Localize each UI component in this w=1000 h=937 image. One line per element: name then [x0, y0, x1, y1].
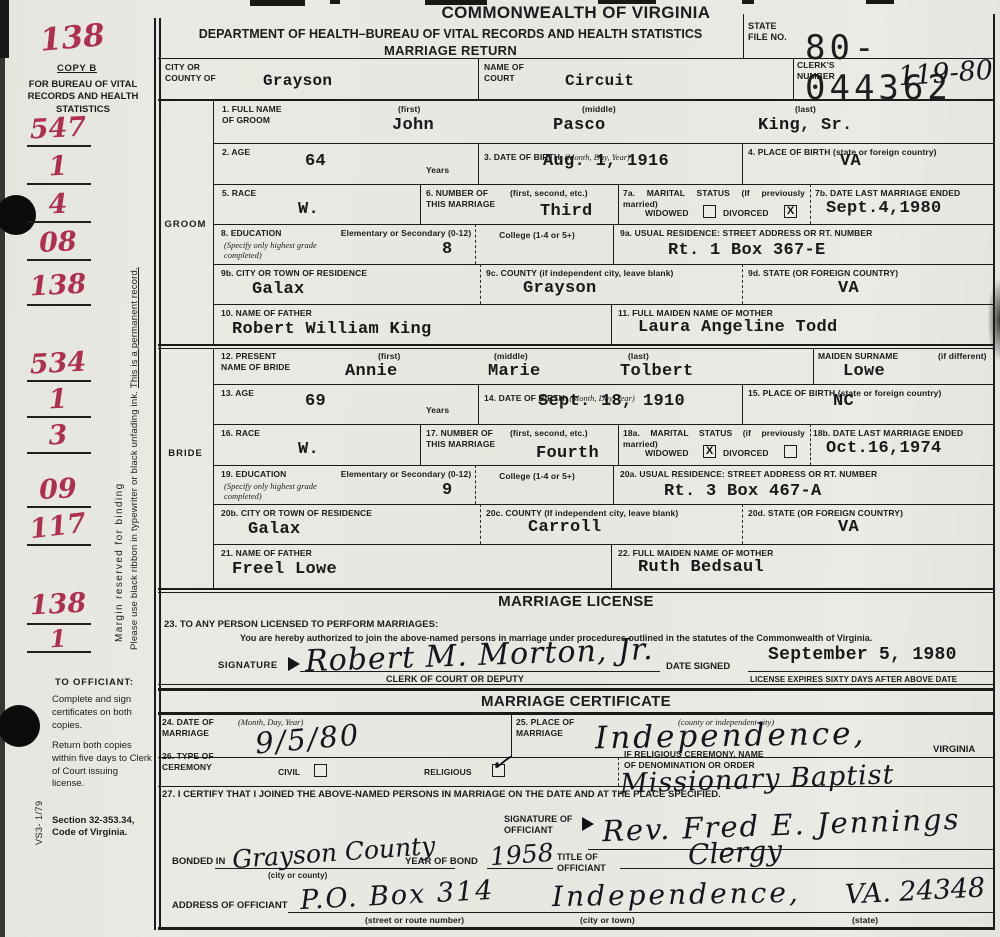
margin-rule — [27, 259, 91, 261]
bride-county-value: Carroll — [528, 518, 602, 537]
officiant-title-line — [620, 868, 994, 869]
first-sublabel: (first) — [378, 351, 400, 362]
section-rule — [158, 712, 994, 715]
bonded-in-label: BONDED IN — [172, 856, 225, 868]
bride-race-label: 16. RACE — [221, 428, 260, 439]
groom-state-label: 9d. STATE (OR FOREIGN COUNTRY) — [748, 268, 898, 279]
marriage-number-sublabel: (first, second, etc.) — [510, 428, 588, 439]
rule-v-dashed — [742, 504, 743, 544]
court-value: Circuit — [565, 72, 634, 90]
last-sublabel: (last) — [628, 351, 649, 362]
bride-section-label: BRIDE — [158, 448, 213, 460]
bride-residence-label: 20a. USUAL RESIDENCE: STREET ADDRESS OR … — [620, 469, 990, 480]
religious-label: RELIGIOUS — [424, 767, 472, 778]
officiant-signature-label-line1: SIGNATURE OF — [504, 814, 573, 825]
margin-rule — [27, 380, 91, 382]
officiant-signature-line — [588, 849, 993, 850]
groom-last-marriage-ended-label: 7b. DATE LAST MARRIAGE ENDED — [815, 188, 993, 199]
ceremony-type-label: 26. TYPE OF CEREMONY — [162, 751, 222, 772]
to-officiant-note-1: Complete and sign certificates on both c… — [52, 694, 149, 732]
groom-last-name: King, Sr. — [758, 116, 853, 135]
groom-state-value: VA — [838, 279, 859, 298]
bride-widowed-label: WIDOWED — [645, 448, 689, 459]
city-county-value: Grayson — [263, 72, 332, 90]
rule-v-dashed — [480, 504, 481, 544]
bride-father-label: 21. NAME OF FATHER — [221, 548, 312, 559]
court-label: NAME OF COURT — [484, 62, 529, 83]
marriage-number-label-text: 17. NUMBER OF THIS MARRIAGE — [426, 428, 508, 449]
margin-clerk-figure: 1 — [23, 382, 93, 417]
rule-v — [420, 184, 421, 224]
marriage-number-label-text: 6. NUMBER OF THIS MARRIAGE — [426, 188, 508, 209]
virginia-label: VIRGINIA — [933, 744, 975, 756]
civil-checkbox — [314, 764, 327, 777]
rule — [214, 504, 994, 505]
binding-margin-note: Margin reserved for binding — [114, 482, 125, 642]
bride-middle-name: Marie — [488, 362, 541, 381]
rule — [214, 465, 994, 466]
signature-arrow-icon — [582, 817, 594, 831]
margin-rule — [27, 304, 91, 306]
bond-year-value: 1958 — [489, 838, 554, 871]
margin-copy-for: FOR BUREAU OF VITAL RECORDS AND HEALTH S… — [16, 79, 150, 116]
margin-copy-number: 138 — [39, 17, 107, 59]
groom-middle-name: Pasco — [553, 116, 606, 135]
groom-age-unit: Years — [426, 165, 449, 176]
margin-clerk-figure: 3 — [23, 418, 93, 453]
rule-v — [213, 99, 214, 345]
rule-v — [813, 348, 814, 384]
officiant-signature-label-line2: OFFICIANT — [504, 825, 553, 836]
bride-name-label: 12. PRESENT NAME OF BRIDE — [221, 351, 303, 372]
elementary-secondary-label: Elementary or Secondary (0-12) — [340, 228, 472, 239]
officiant-address-city: Independence, — [552, 876, 801, 913]
form-border-bottom — [158, 927, 994, 930]
form-type-title: MARRIAGE RETURN — [158, 43, 743, 58]
state-file-label: STATE FILE NO. — [748, 21, 788, 44]
marriage-place-label: 25. PLACE OF MARRIAGE — [516, 717, 578, 738]
city-sublabel: (city or town) — [580, 915, 635, 926]
groom-mother-value: Laura Angeline Todd — [638, 318, 838, 337]
city-county-label: CITY OR COUNTY OF — [165, 62, 227, 83]
bride-dob-value: Sept. 18, 1910 — [538, 392, 685, 411]
groom-name-label: 1. FULL NAME OF GROOM — [222, 104, 292, 125]
officiant-address-state: VA. 24348 — [844, 872, 986, 910]
denomination-label-line1: IF RELIGIOUS CEREMONY, NAME — [624, 749, 764, 760]
scan-edge-artifact — [0, 0, 9, 58]
groom-widowed-label: WIDOWED — [645, 208, 689, 219]
margin-clerk-figure: 1 — [23, 622, 92, 655]
margin-rule — [27, 544, 91, 546]
clerk-number-value: 119-80 — [897, 55, 994, 93]
groom-dob-value: Aug. 1, 1916 — [543, 152, 669, 171]
groom-elementary-value: 8 — [442, 240, 453, 259]
form-code: VS3- 1/79 — [34, 800, 44, 845]
rule — [214, 304, 994, 305]
bride-city-label: 20b. CITY OR TOWN OF RESIDENCE — [221, 508, 372, 519]
rule — [214, 184, 994, 185]
margin-rule — [27, 145, 91, 147]
license-addressee: 23. TO ANY PERSON LICENSED TO PERFORM MA… — [164, 619, 438, 631]
rule-v-dashed — [810, 424, 811, 465]
bride-marriage-number-value: Fourth — [536, 444, 599, 463]
groom-residence-value: Rt. 1 Box 367-E — [668, 241, 826, 260]
margin-rule — [27, 416, 91, 418]
ink-note: Please use black ribbon in typewriter or… — [129, 267, 140, 650]
clerk-number-label: CLERK'S NUMBER — [797, 60, 845, 81]
groom-race-value: W. — [298, 200, 319, 219]
college-label: College (1-4 or 5+) — [493, 471, 581, 482]
license-signature-sublabel: CLERK OF COURT OR DEPUTY — [330, 674, 580, 685]
officiant-title-label: TITLE OF OFFICIANT — [557, 852, 612, 875]
groom-age-label: 2. AGE — [222, 147, 250, 158]
date-signed-line — [748, 671, 994, 672]
rule — [214, 264, 994, 265]
checkbox-mark: X — [787, 205, 794, 217]
rule-v — [613, 224, 614, 264]
margin-rule — [27, 183, 91, 185]
bride-pob-value: NC — [833, 392, 854, 411]
bride-divorced-label: DIVORCED — [723, 448, 769, 459]
section-rule — [158, 344, 994, 346]
form-border-left — [159, 18, 161, 930]
bride-residence-value: Rt. 3 Box 467-A — [664, 482, 822, 501]
religious-check-mark: ✓ — [488, 747, 514, 780]
rule — [214, 143, 994, 144]
certify-statement: 27. I CERTIFY THAT I JOINED THE ABOVE-NA… — [162, 789, 922, 801]
margin-copy-label: COPY B — [57, 63, 97, 75]
scan-edge-artifact — [0, 0, 5, 937]
hole-punch — [0, 705, 40, 747]
section-rule — [158, 588, 994, 590]
rule — [214, 224, 994, 225]
groom-first-name: John — [392, 116, 434, 135]
bride-widowed-checkbox: X — [703, 445, 716, 458]
rule-v — [742, 143, 743, 184]
groom-father-value: Robert William King — [232, 320, 432, 339]
middle-sublabel: (middle) — [494, 351, 528, 362]
bride-first-name: Annie — [345, 362, 398, 381]
margin-clerk-figure: 4 — [23, 187, 93, 222]
margin-clerk-figure: 1 — [23, 149, 93, 184]
groom-county-label: 9c. COUNTY (if independent city, leave b… — [486, 268, 673, 279]
margin-clerk-figure: 138 — [23, 268, 93, 303]
bride-divorced-checkbox — [784, 445, 797, 458]
date-signed-label: DATE SIGNED — [666, 661, 730, 673]
department-title: DEPARTMENT OF HEALTH–BUREAU OF VITAL REC… — [158, 27, 743, 41]
rule-v — [618, 424, 619, 465]
last-sublabel: (last) — [795, 104, 816, 115]
scanned-marriage-return-document: 138 COPY B FOR BUREAU OF VITAL RECORDS A… — [0, 0, 1000, 937]
rule-v — [478, 58, 479, 100]
officiant-title-value: Clergy — [687, 834, 783, 872]
bride-education-label: 19. EDUCATION — [221, 469, 286, 480]
groom-father-label: 10. NAME OF FATHER — [221, 308, 312, 319]
margin-clerk-figure: 547 — [23, 111, 93, 146]
maiden-surname-label: MAIDEN SURNAME — [818, 351, 898, 362]
to-officiant-note-2: Return both copies within five days to C… — [52, 740, 152, 791]
rule-v — [478, 143, 479, 184]
rule-v-dashed — [742, 264, 743, 304]
groom-marriage-number-value: Third — [540, 202, 593, 221]
rule-v-dashed — [475, 465, 476, 504]
bonded-in-sublabel: (city or county) — [268, 871, 327, 881]
groom-age-value: 64 — [305, 152, 326, 171]
groom-pob-label: 4. PLACE OF BIRTH (state or foreign coun… — [748, 147, 988, 158]
form-border-right — [993, 14, 995, 930]
officiant-address-label: ADDRESS OF OFFICIANT — [172, 900, 288, 912]
groom-pob-value: VA — [840, 152, 861, 171]
groom-education-label: 8. EDUCATION — [221, 228, 282, 239]
groom-city-label: 9b. CITY OR TOWN OF RESIDENCE — [221, 268, 367, 279]
marriage-date-label: 24. DATE OF MARRIAGE — [162, 717, 224, 738]
rule — [214, 544, 994, 545]
groom-residence-label: 9a. USUAL RESIDENCE: STREET ADDRESS OR R… — [620, 228, 990, 239]
to-officiant-heading: TO OFFICIANT: — [55, 677, 134, 689]
street-sublabel: (street or route number) — [365, 915, 464, 926]
civil-label: CIVIL — [278, 767, 300, 778]
groom-education-sublabel: (Specify only highest grade completed) — [224, 240, 329, 260]
bride-race-value: W. — [298, 440, 319, 459]
bride-age-value: 69 — [305, 392, 326, 411]
bond-year-line — [487, 868, 553, 869]
margin-clerk-figure: 534 — [23, 346, 93, 381]
bride-mother-value: Ruth Bedsaul — [638, 558, 764, 577]
license-heading: MARRIAGE LICENSE — [158, 593, 994, 610]
margin-clerk-figure: 138 — [23, 587, 93, 622]
date-signed-value: September 5, 1980 — [768, 645, 957, 665]
elementary-secondary-label: Elementary or Secondary (0-12) — [340, 469, 472, 480]
state-sublabel: (state) — [852, 915, 878, 926]
bride-age-label: 13. AGE — [221, 388, 254, 399]
signature-line — [300, 671, 660, 672]
permanent-record-note: This is a permanent record. — [129, 267, 140, 388]
bride-maiden-surname: Lowe — [843, 362, 885, 381]
bride-pob-label: 15. PLACE OF BIRTH (state or foreign cou… — [748, 388, 988, 399]
bride-last-marriage-ended-value: Oct.16,1974 — [826, 439, 942, 458]
groom-county-value: Grayson — [523, 279, 597, 298]
bond-year-label: YEAR OF BOND — [405, 856, 478, 868]
officiant-address-street: P.O. Box 314 — [299, 875, 495, 916]
marriage-number-sublabel: (first, second, etc.) — [510, 188, 588, 199]
signature-arrow-icon — [288, 657, 300, 671]
margin-clerk-figure: 09 — [23, 472, 93, 507]
middle-sublabel: (middle) — [582, 104, 616, 115]
groom-divorced-label: DIVORCED — [723, 208, 769, 219]
groom-race-label: 5. RACE — [222, 188, 256, 199]
rule-v — [478, 384, 479, 424]
license-signature-label: SIGNATURE — [218, 660, 278, 672]
rule-v — [420, 424, 421, 465]
margin-clerk-figure: 117 — [22, 507, 93, 546]
groom-section-label: GROOM — [158, 219, 213, 231]
bride-city-value: Galax — [248, 520, 301, 539]
rule-v — [611, 304, 612, 344]
ink-note-text: Please use black ribbon in typewriter or… — [129, 388, 140, 650]
rule-v — [613, 465, 614, 504]
section-rule — [158, 348, 994, 349]
bride-state-label: 20d. STATE (OR FOREIGN COUNTRY) — [748, 508, 903, 519]
groom-divorced-checkbox: X — [784, 205, 797, 218]
officiant-address-line — [288, 912, 994, 913]
groom-city-value: Galax — [252, 280, 305, 299]
rule-v-dashed — [475, 224, 476, 264]
margin-rule — [27, 452, 91, 454]
bride-last-marriage-ended-label: 18b. DATE LAST MARRIAGE ENDED — [813, 428, 993, 439]
rule-v — [213, 348, 214, 588]
rule-v-dashed — [480, 264, 481, 304]
rule-v — [793, 58, 794, 100]
margin-rule — [27, 221, 91, 223]
college-label: College (1-4 or 5+) — [493, 230, 581, 241]
bride-state-value: VA — [838, 518, 859, 537]
bride-age-unit: Years — [426, 405, 449, 416]
margin-clerk-figure: 08 — [23, 225, 93, 260]
code-reference: Section 32-353.34, Code of Virginia. — [52, 815, 152, 840]
groom-last-marriage-ended-value: Sept.4,1980 — [826, 199, 942, 218]
groom-widowed-checkbox — [703, 205, 716, 218]
bride-father-value: Freel Lowe — [232, 560, 337, 579]
maiden-surname-sublabel: (if different) — [938, 351, 987, 362]
rule-v — [618, 184, 619, 224]
bride-elementary-value: 9 — [442, 481, 453, 500]
checkbox-mark: X — [706, 445, 713, 457]
rule — [214, 424, 994, 425]
first-sublabel: (first) — [398, 104, 420, 115]
certificate-heading: MARRIAGE CERTIFICATE — [158, 693, 994, 710]
rule-v-dashed — [810, 184, 811, 224]
form-border-left — [154, 18, 156, 930]
bride-education-sublabel: (Specify only highest grade completed) — [224, 481, 329, 501]
margin-rule — [27, 651, 91, 653]
rule-v — [742, 384, 743, 424]
document-title: COMMONWEALTH OF VIRGINIA — [158, 3, 994, 23]
rule — [214, 384, 994, 385]
rule-v — [611, 544, 612, 588]
license-expiry-note: LICENSE EXPIRES SIXTY DAYS AFTER ABOVE D… — [750, 675, 957, 685]
section-rule — [158, 688, 994, 691]
bride-last-name: Tolbert — [620, 362, 694, 381]
